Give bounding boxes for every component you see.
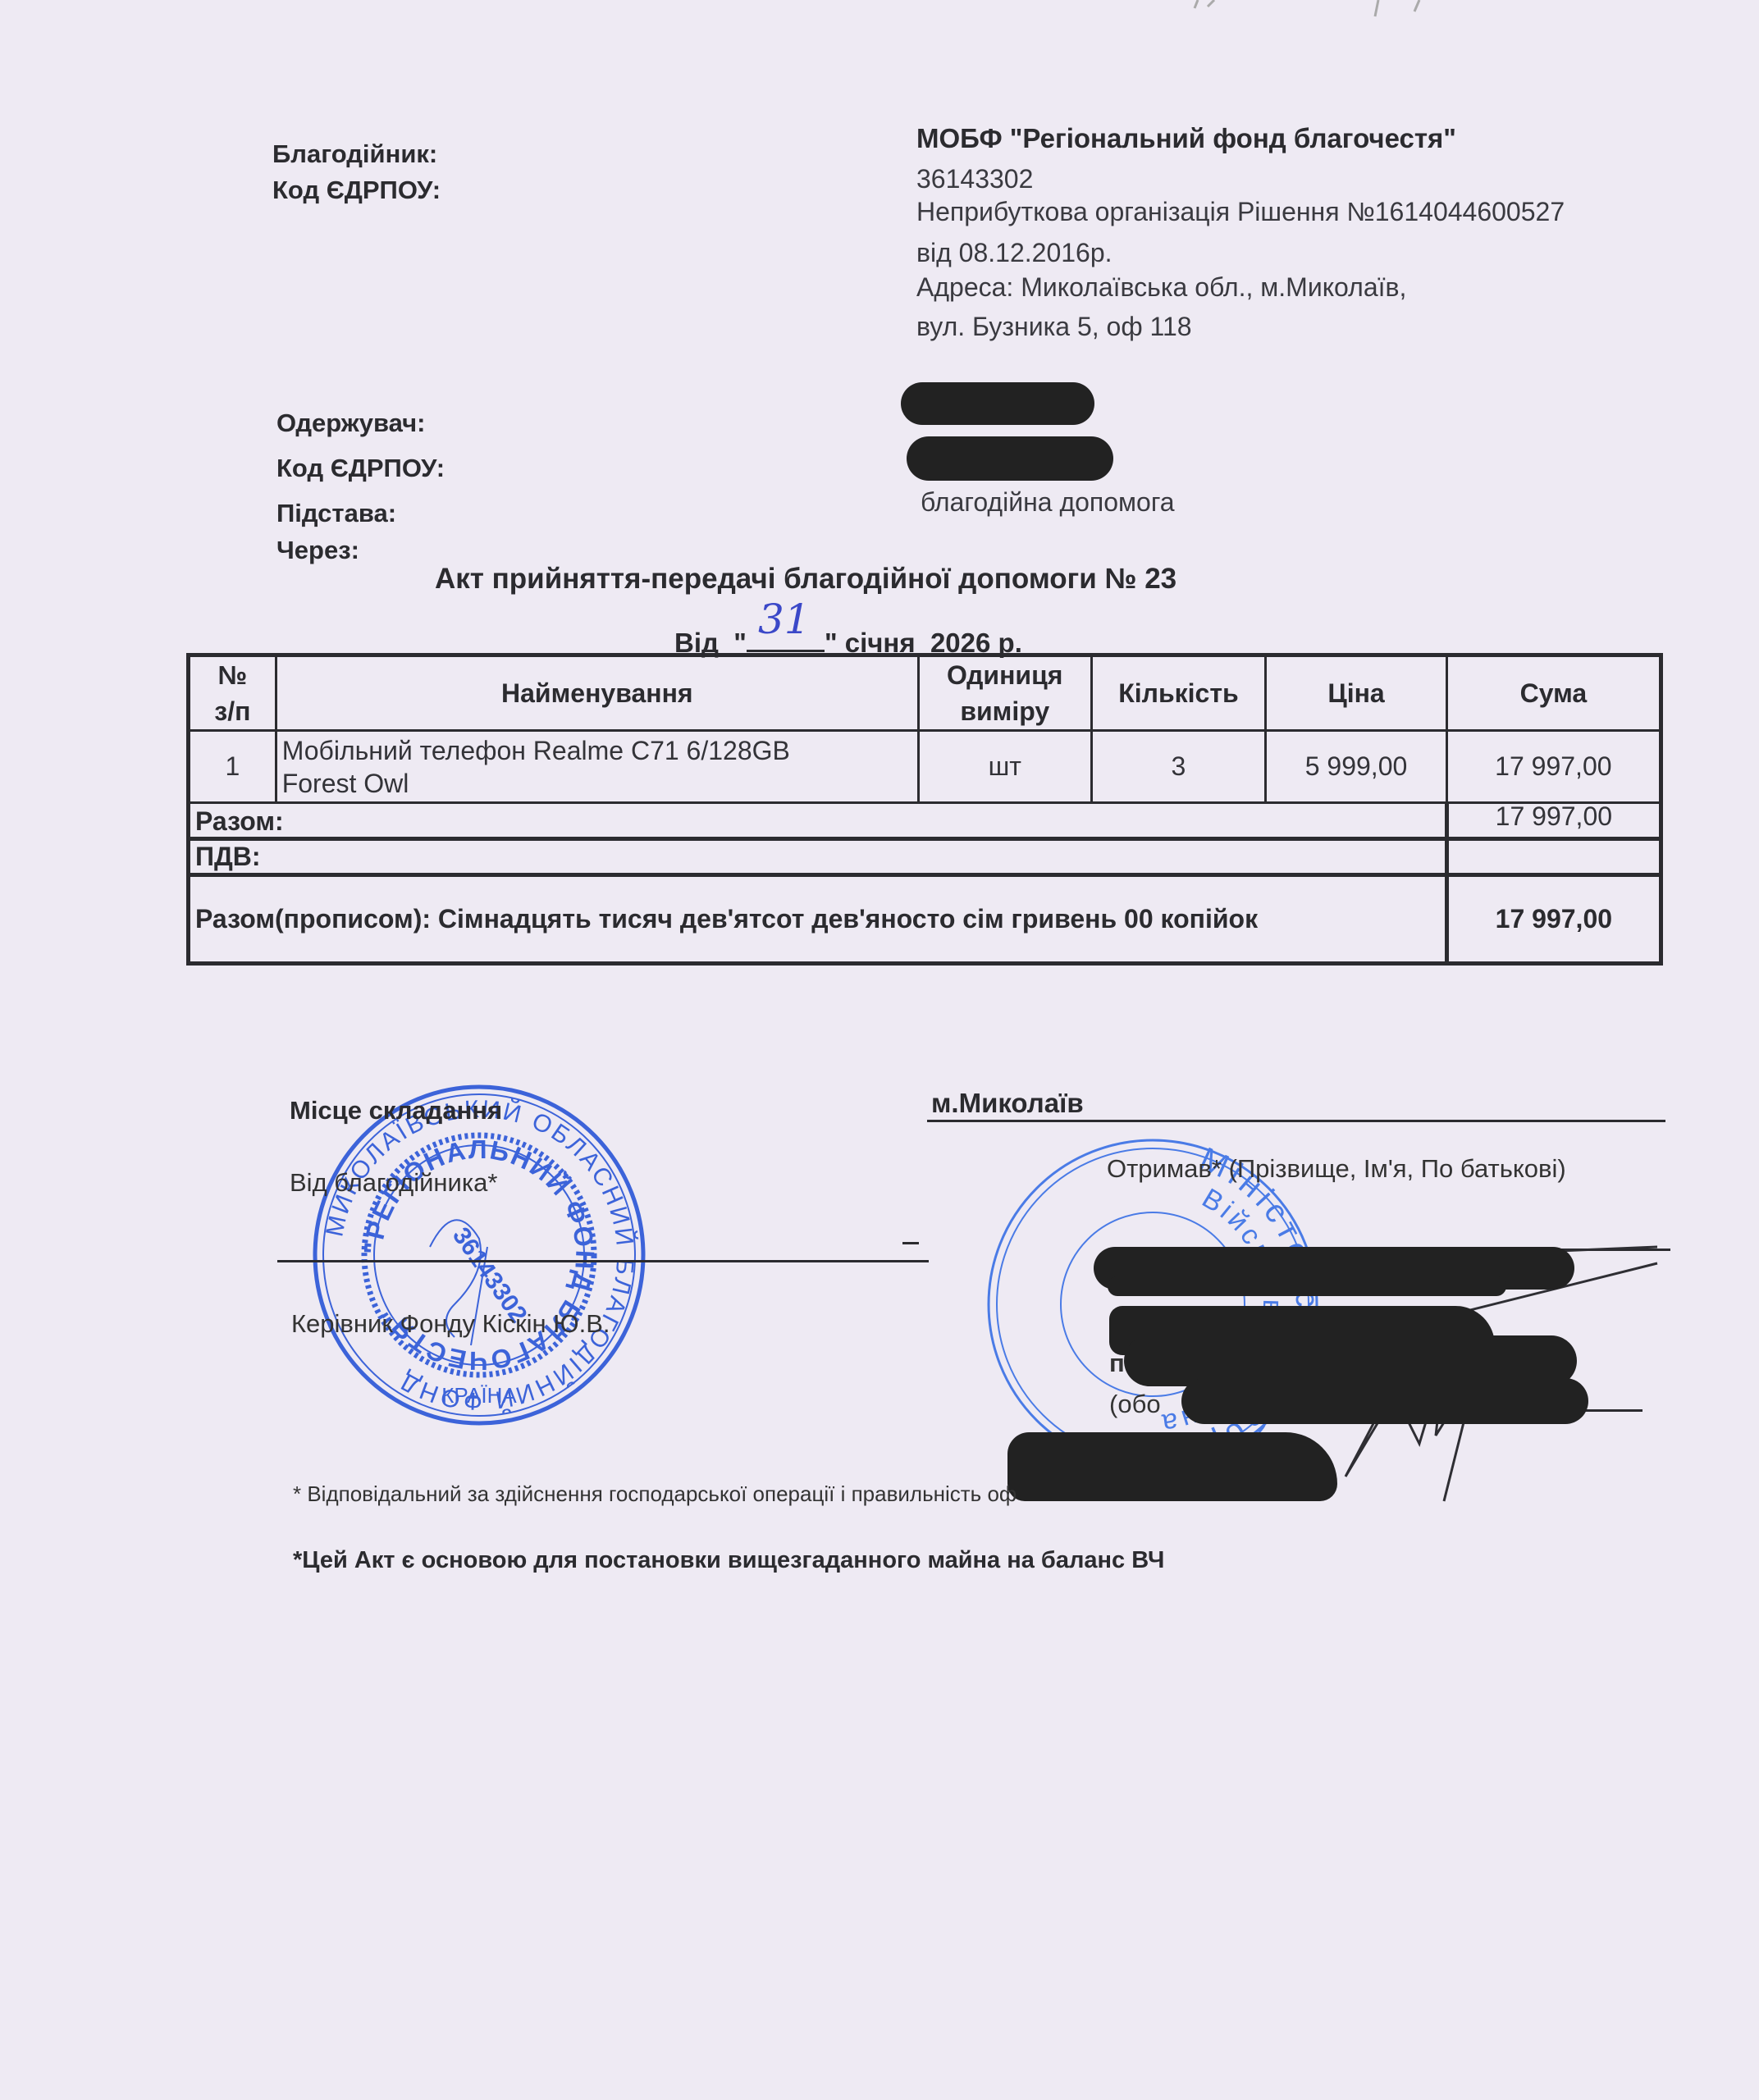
basis-label: Підстава: xyxy=(276,499,396,528)
basis-value: благодійна допомога xyxy=(921,487,1175,518)
total-label: Разом: xyxy=(189,803,1447,839)
donor-registration-date: від 08.12.2016р. xyxy=(916,238,1113,268)
redaction xyxy=(1108,1276,1506,1296)
items-table: №з/п Найменування Одиницявиміру Кількіст… xyxy=(186,653,1663,966)
total-in-words-value: 17 997,00 xyxy=(1446,875,1661,964)
recipient-code-label: Код ЄДРПОУ: xyxy=(276,454,445,483)
redaction xyxy=(1181,1378,1588,1424)
donor-code-label: Код ЄДРПОУ: xyxy=(272,176,441,205)
date-day-handwritten: 31 xyxy=(758,596,811,643)
redaction xyxy=(1007,1432,1337,1501)
act-title: Акт прийняття-передачі благодійної допом… xyxy=(435,563,1176,596)
place-value: м.Миколаїв xyxy=(931,1088,1084,1119)
recipient-line xyxy=(902,1242,919,1244)
basis-footnote: *Цей Акт є основою для постановки вищезг… xyxy=(293,1547,1164,1574)
donor-registration: Неприбуткова організація Рішення №161404… xyxy=(916,197,1565,227)
donor-name: МОБФ "Регіональний фонд благочестя" xyxy=(916,123,1456,154)
donor-label: Благодійник: xyxy=(272,139,437,169)
donor-address-line1: Адреса: Миколаївська обл., м.Миколаїв, xyxy=(916,272,1406,303)
table-row: 1 Мобільний телефон Realme C71 6/128GBFo… xyxy=(189,731,1661,803)
donor-signature-line xyxy=(277,1260,929,1262)
responsible-footnote: * Відповідальний за здійснення господарс… xyxy=(293,1481,1017,1507)
total-value: 17 997,00 xyxy=(1446,803,1661,839)
header-sum: Сума xyxy=(1446,655,1661,731)
row-no: 1 xyxy=(189,731,276,803)
header-name: Найменування xyxy=(276,655,918,731)
vat-label: ПДВ: xyxy=(189,839,1447,875)
vat-value xyxy=(1446,839,1661,875)
recipient-code-redaction xyxy=(907,436,1113,481)
from-donor-label: Від благодійника* xyxy=(290,1168,497,1198)
header-no: №з/п xyxy=(189,655,276,731)
total-row: Разом: 17 997,00 xyxy=(189,803,1661,839)
donor-stamp: МИКОЛАЇВСЬКИЙ ОБЛАСНИЙ БЛАГОДІЙНИЙ ФОНД … xyxy=(307,1083,651,1427)
place-label: Місце складання xyxy=(290,1096,502,1125)
total-in-words: Разом(прописом): Сімнадцять тисяч дев'ят… xyxy=(189,875,1447,964)
words-row: Разом(прописом): Сімнадцять тисяч дев'ят… xyxy=(189,875,1661,964)
svg-text:КРАЇНА: КРАЇНА xyxy=(441,1383,517,1408)
date-day-field: 31 xyxy=(747,625,825,652)
recipient-name-redaction xyxy=(901,382,1094,425)
row-sum: 17 997,00 xyxy=(1446,731,1661,803)
table-header-row: №з/п Найменування Одиницявиміру Кількіст… xyxy=(189,655,1661,731)
row-qty: 3 xyxy=(1091,731,1266,803)
recipient-stamp: Міністерство оборони Військова частина xyxy=(980,1132,1325,1477)
place-underline xyxy=(927,1120,1665,1122)
header-price: Ціна xyxy=(1266,655,1446,731)
row-name: Мобільний телефон Realme C71 6/128GBFore… xyxy=(276,731,918,803)
row-price: 5 999,00 xyxy=(1266,731,1446,803)
donor-address-line2: вул. Бузника 5, оф 118 xyxy=(916,312,1192,342)
recipient-fragment: (обо xyxy=(1109,1390,1161,1419)
row-unit: шт xyxy=(918,731,1091,803)
donor-code: 36143302 xyxy=(916,164,1033,194)
header-qty: Кількість xyxy=(1091,655,1266,731)
header-unit: Одиницявиміру xyxy=(918,655,1091,731)
recipient-label: Одержувач: xyxy=(276,409,425,438)
vat-row: ПДВ: xyxy=(189,839,1661,875)
donor-head-name: Керівник Фонду Кіскін Ю.В. xyxy=(291,1309,610,1339)
received-by-label: Отримав* (Прізвище, Ім'я, По батькові) xyxy=(1107,1154,1566,1184)
via-label: Через: xyxy=(276,536,359,565)
margin-scribble xyxy=(1132,0,1428,20)
